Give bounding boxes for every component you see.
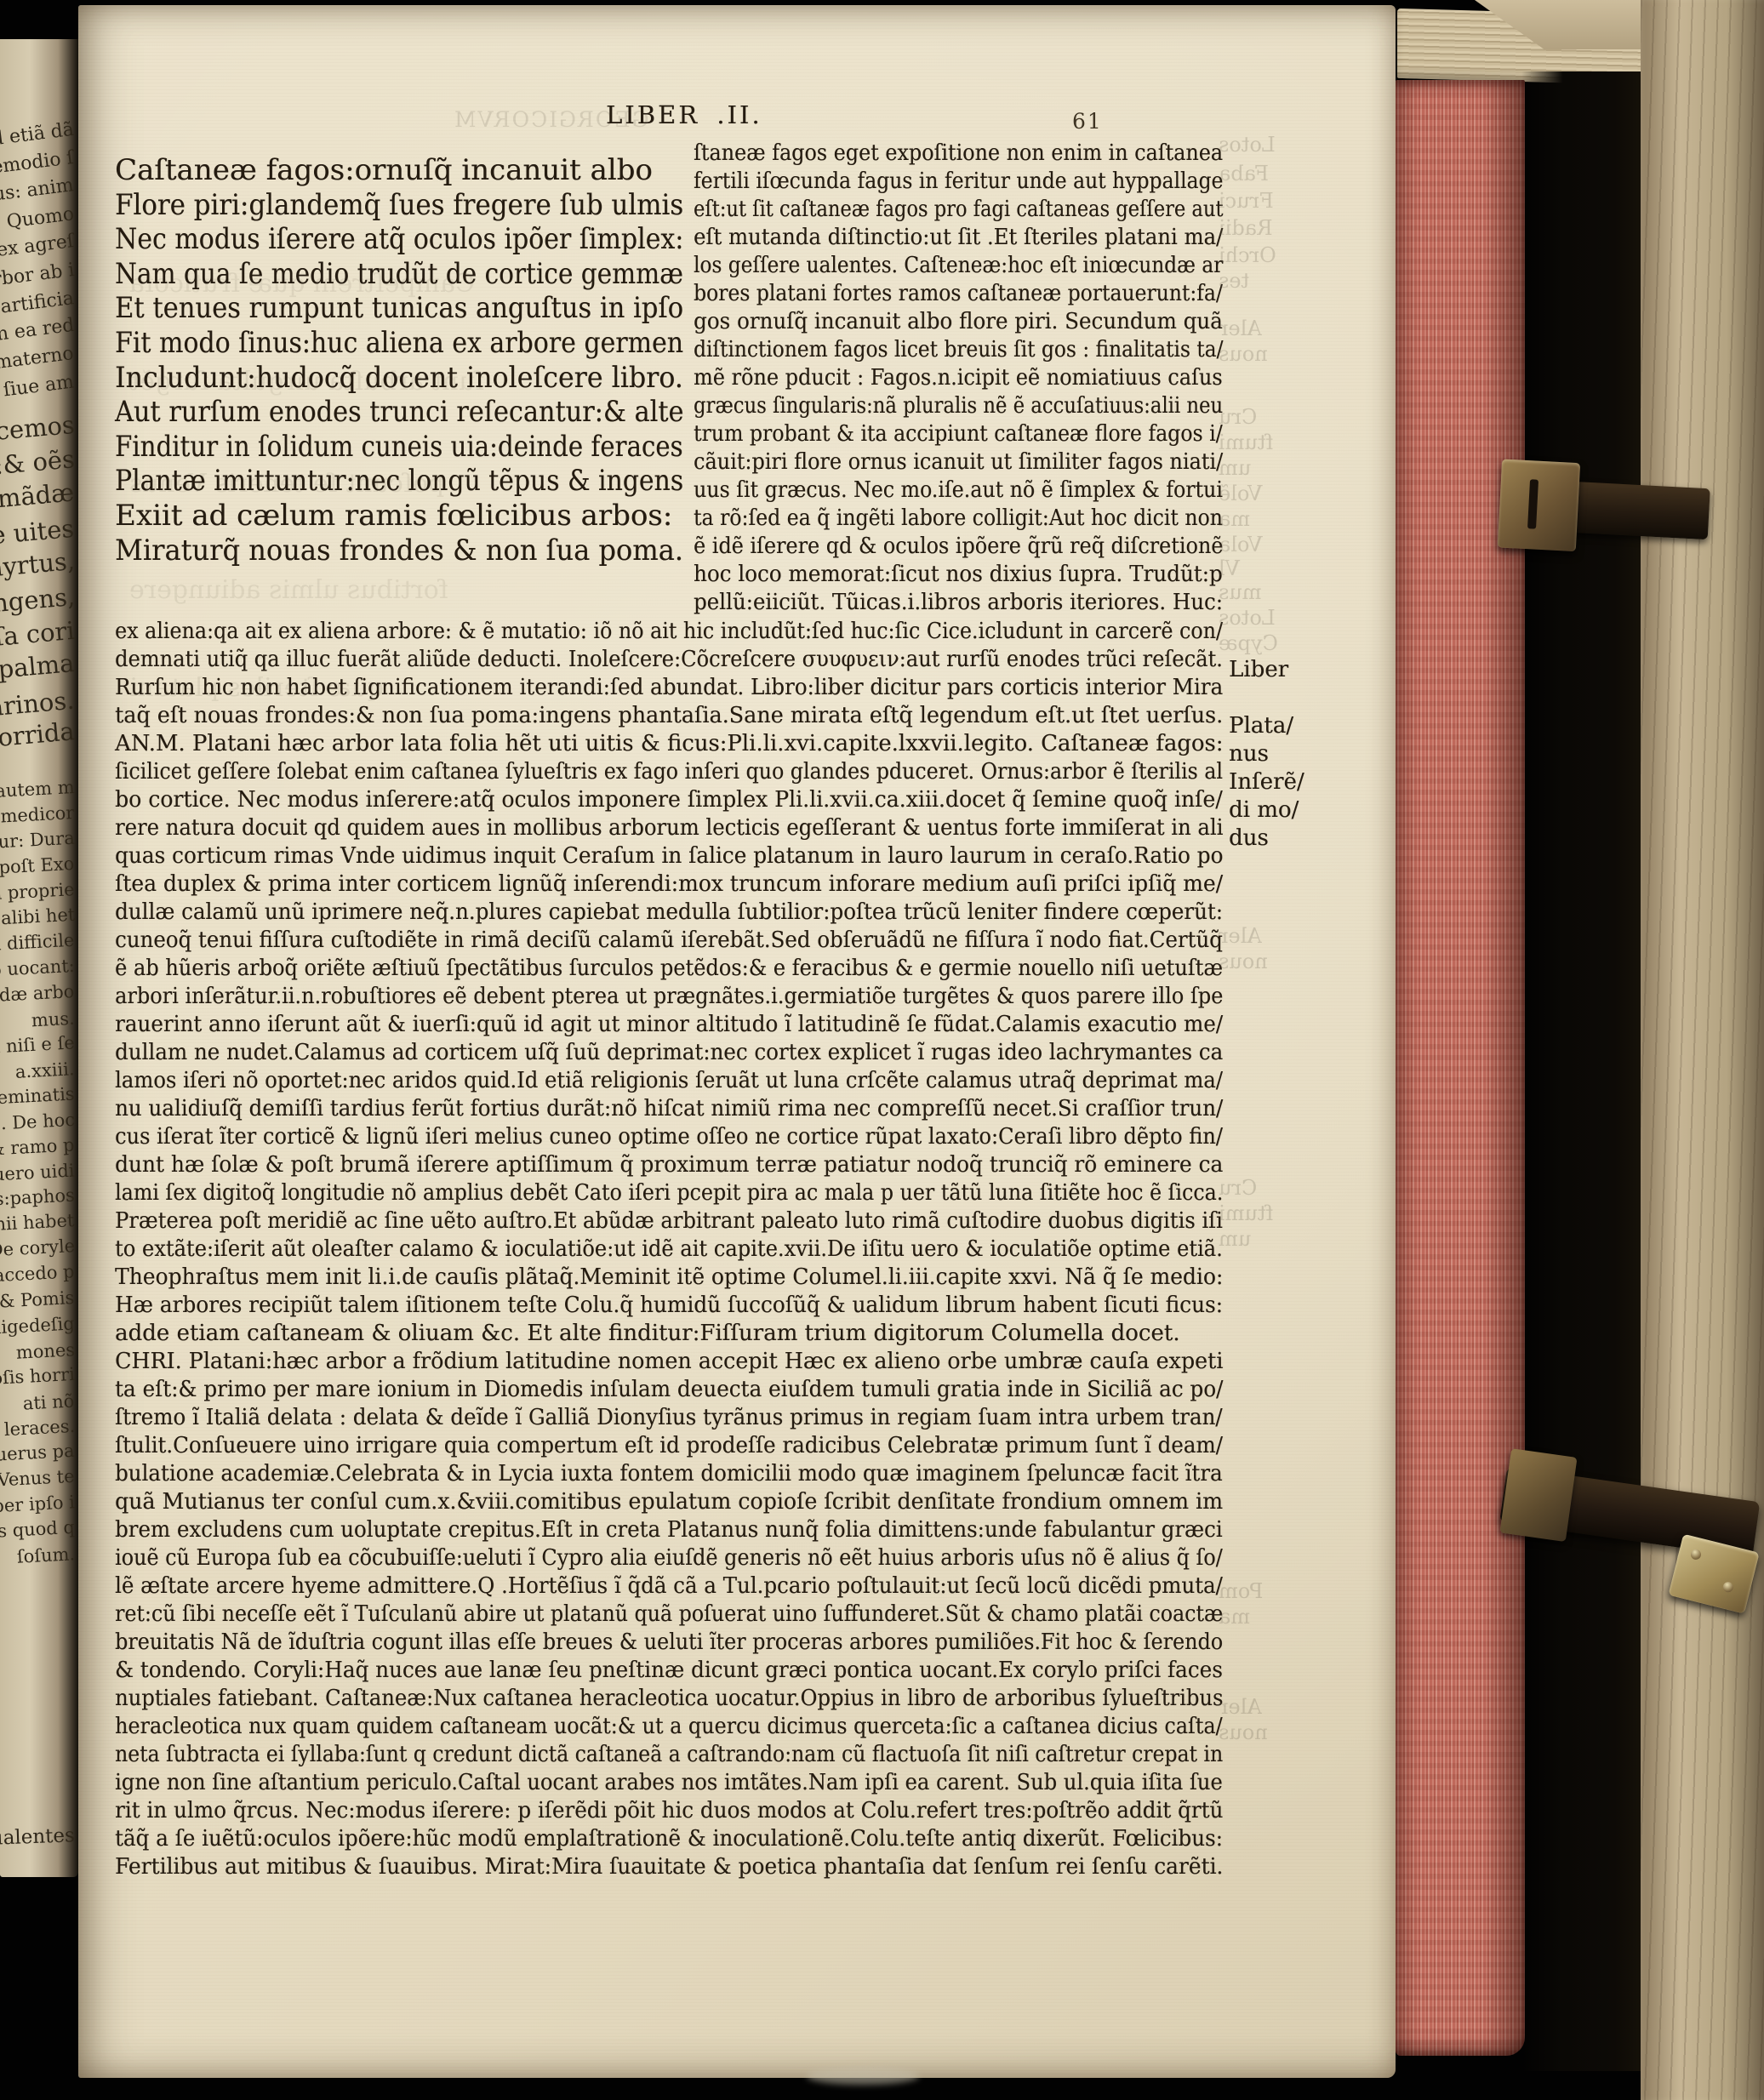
commentary-line: ẽ ab hũeris arboq̃ oriẽte æſtiuũ ſpectãt… xyxy=(115,955,1223,983)
commentary-line: rit in ulmo q̃rcus. Nec:modus iſerere: p… xyxy=(115,1797,1223,1825)
commentary-column: ſtaneæ fagos eget expoſitione non enim i… xyxy=(694,140,1223,617)
ghost-margin-word: Faba xyxy=(1219,162,1269,185)
ghost-margin-word: Vola xyxy=(1219,533,1263,556)
commentary-line: iouẽ cũ Europa ſub ea cõcubuiſſe:ueluti … xyxy=(115,1544,1223,1572)
commentary-line: Theophraſtus mem init li.i.de cauſis plã… xyxy=(115,1264,1223,1292)
ghost-margin-word: um xyxy=(1219,1227,1251,1251)
poem-line: Nec modus iſerere atq̃ oculos ipõer ſimp… xyxy=(115,222,683,257)
ghost-margin-word: Pom xyxy=(1219,1579,1263,1603)
commentary-line: lami ſex digitoq̃ longitudie nõ amplius … xyxy=(115,1179,1223,1207)
chri-block: CHRI. Platani:hæc arbor a frõdium latitu… xyxy=(115,1348,1223,1881)
commentary-line: rere natura docuit qd quidem aues in mol… xyxy=(115,814,1223,842)
page-fragment: a niſi e ſe xyxy=(0,1032,76,1062)
ghost-margin-word: nous xyxy=(1219,1721,1268,1744)
commentary-line: lamos iſeri nõ oportet:nec aridos quid.I… xyxy=(115,1067,1223,1095)
commentary-line: ſtremo ĩ Italiã delata : delata & deĩde … xyxy=(115,1404,1223,1432)
commentary-line: eſt mutanda diſtinctio:ut ſit .Et ſteril… xyxy=(694,224,1223,252)
ghost-margin-word: um xyxy=(1219,456,1251,480)
ghost-margin-word: ftumi xyxy=(1219,1201,1273,1225)
commentary-line: ſtaneæ fagos eget expoſitione non enim i… xyxy=(694,140,1223,168)
anm-block: AN.M. Platani hæc arbor lata folia hẽt u… xyxy=(115,730,1223,1348)
commentary-line: quã Mutianus ter conſul cum.x.&viii.comi… xyxy=(115,1488,1223,1516)
ghost-margin-word: Orchi xyxy=(1219,243,1276,267)
commentary-line: neta ſubtracta ei ſyllaba:ſunt q credunt… xyxy=(115,1741,1223,1769)
commentary-line: ta eſt:& primo per mare ionium in Diomed… xyxy=(115,1376,1223,1404)
margin-note: Plata/ xyxy=(1229,713,1293,739)
commentary-line: dullam ne nudet.Calamus ad corticem uſq̃… xyxy=(115,1039,1223,1067)
page-fragment: mus. xyxy=(31,1008,75,1036)
clasp-lower xyxy=(1489,1429,1764,1634)
fullwidth-commentary: ex aliena:qa ait ex aliena arbore: & ẽ m… xyxy=(115,618,1223,1881)
commentary-line: diſtinctionem fagos licet breuis ſit gos… xyxy=(694,336,1223,364)
ghost-margin-word: Lotos xyxy=(1219,606,1276,630)
page-fragment: a.xxiii. xyxy=(15,1059,76,1087)
commentary-line: bulatione academiæ.Celebrata & in Lycia … xyxy=(115,1460,1223,1488)
running-title: LIBER .II. xyxy=(606,100,762,129)
commentary-line: fertili iſœcunda fagus in feritur unde a… xyxy=(694,168,1223,196)
ghost-margin-word: Fruci xyxy=(1219,189,1274,213)
commentary-line: cus iſerat ĩter corticẽ & lignũ iſeri me… xyxy=(115,1123,1223,1151)
ghost-margin-word: ftumi xyxy=(1219,431,1273,454)
margin-note: di mo/ xyxy=(1229,797,1299,823)
clasp-slot xyxy=(1527,479,1539,528)
commentary-line: nuptiales fatiebant. Caſtaneæ:Nux caſtan… xyxy=(115,1685,1223,1713)
poem-line: Nam qua ſe medio trudũt de cortice gemmæ xyxy=(115,257,683,292)
commentary-line: mẽ rõne pducit : Fagos.n.icipit eẽ nomia… xyxy=(694,364,1223,392)
commentary-line: pellũ:eiiciũt. Tũicas.i.libros arboris i… xyxy=(694,589,1223,617)
ghost-margin-word: Aler xyxy=(1219,1695,1262,1719)
commentary-line: dunt hæ ſolæ & poſt brumã iſerere aptiſſ… xyxy=(115,1151,1223,1179)
two-column-block: Caſtaneæ fagos:ornuſq̃ incanuit alboFlor… xyxy=(115,140,1223,617)
poem-line: Exiit ad cælum ramis fœlicibus arbos: xyxy=(115,499,683,534)
book-photo: dũt:Sed etiã dãunus ſemodio ſo ſapimus: … xyxy=(0,0,1764,2100)
commentary-line: ſtulit.Conſueuere uino irrigare quia com… xyxy=(115,1432,1223,1460)
commentary-line: ẽ idẽ iſerere qd & oculos ipõere q̃rũ re… xyxy=(694,533,1223,561)
commentary-line: taq̃ eſt nouas frondes:& non ſua poma:in… xyxy=(115,702,1223,730)
commentary-line: Rurſum hic non habet ſignificationem ite… xyxy=(115,674,1223,702)
commentary-line: to extãte:iſerit aũt oleaſter calamo & i… xyxy=(115,1235,1223,1264)
commentary-line: Hæ arbores recipiũt talem iſitionem teſt… xyxy=(115,1292,1223,1320)
commentary-line: eſt:ut ſit caſtaneæ fagos pro fagi caſta… xyxy=(694,196,1223,224)
page-number: 61 xyxy=(1072,109,1103,134)
facing-fragments-bottom: ualentes xyxy=(0,1571,78,1853)
ghost-margin-word: ma xyxy=(1219,507,1250,531)
commentary-line: tãq̃ a ſe iuẽtũ:oculos ipõere:hũc modũ e… xyxy=(115,1825,1223,1853)
facing-fragments-small-top: dũt:Sed etiã dãunus ſemodio ſo ſapimus: … xyxy=(0,39,78,408)
commentary-line: adde etiam caſtaneam & oliuam &c. Et alt… xyxy=(115,1320,1223,1348)
clasp-plate xyxy=(1499,1448,1577,1542)
commentary-line: ret:cũ ſibi neceſſe eẽt ĩ Tuſculanũ abir… xyxy=(115,1601,1223,1629)
commentary-line: trum probant & ita accipiunt caſtaneæ fl… xyxy=(694,420,1223,448)
ghost-margin-word: Cru xyxy=(1219,1176,1257,1200)
ghost-margin-word: Vl xyxy=(1219,556,1240,580)
commentary-line: brem excludens cum uoluptate crepitus.Eſ… xyxy=(115,1516,1223,1544)
poem-column: Caſtaneæ fagos:ornuſq̃ incanuit alboFlor… xyxy=(115,140,683,617)
commentary-line: dullæ calamũ unũ iprimere neq̃.n.plures … xyxy=(115,899,1223,927)
commentary-line: græcus ſingularis:nã pluralis nẽ ẽ accuſ… xyxy=(694,392,1223,420)
commentary-line: AN.M. Platani hæc arbor lata folia hẽt u… xyxy=(115,730,1223,758)
gap-shadow xyxy=(1521,71,1651,2071)
commentary-line: heracleotica nux quam quidem caſtaneam u… xyxy=(115,1713,1223,1741)
commentary-line: ex aliena:qa ait ex aliena arbore: & ẽ m… xyxy=(115,618,1223,646)
commentary-line: hoc loco memorat:ſicut nos dixius ſupra.… xyxy=(694,561,1223,589)
ghost-margin-word: ma xyxy=(1219,1605,1250,1629)
ghost-margin-word: Aler xyxy=(1219,924,1262,948)
commentary-line: gos ornuſq̃ incanuit albo flore piri. Se… xyxy=(694,308,1223,336)
commentary-line: Præterea poſt meridiẽ ac ſine uẽto auſtr… xyxy=(115,1207,1223,1235)
page-fragment: ſoſum. xyxy=(16,1544,76,1572)
clasp-plate xyxy=(1498,459,1580,551)
commentary-line: arbori inſerãtur.ii.n.robuſtiores eẽ deb… xyxy=(115,983,1223,1011)
margin-note: Inſerẽ/ xyxy=(1229,769,1304,795)
margin-note: nus xyxy=(1229,741,1269,767)
clasp-upper xyxy=(1493,454,1720,575)
commentary-line: & tondendo. Coryli:Haq̃ nuces aue lanæ ſ… xyxy=(115,1657,1223,1685)
commentary-line: breuitatis Nã de ĩduſtria cogunt illas e… xyxy=(115,1629,1223,1657)
ghost-margin-word: Volẽ xyxy=(1219,482,1262,505)
rivet xyxy=(1690,1549,1703,1561)
ghost-margin-word: nous xyxy=(1219,950,1268,973)
page-fragment: mns quod q xyxy=(0,1517,76,1548)
facing-fragments-verse: uua racemosendus:& oẽsedæ domãdægine uit… xyxy=(0,408,78,757)
page-fragment: ſeminatis xyxy=(0,1083,76,1113)
commentary-line: los geſſere ualentes. Caſteneæ:hoc eſt i… xyxy=(694,252,1223,280)
ghost-margin-word: Radii xyxy=(1219,216,1273,240)
page-fragment: undæ arbo xyxy=(0,981,76,1012)
rivet xyxy=(1722,1581,1735,1594)
commentary-line: nu ualidiuſq̃ demiſſi tardius ferũt fort… xyxy=(115,1095,1223,1123)
commentary-line: quas corticum rimas Vnde uidimus inquit … xyxy=(115,842,1223,870)
page-fragment: ualentes xyxy=(0,1824,76,1854)
ghost-margin-word: Aler xyxy=(1219,317,1262,340)
commentary-line: cãuit:piri flore ornus icanuit ut ſimili… xyxy=(694,448,1223,476)
poem-line: Caſtaneæ fagos:ornuſq̃ incanuit albo xyxy=(115,153,683,188)
commentary-line: Fertilibus aut mitibus & ſuauibus. Mirat… xyxy=(115,1853,1223,1881)
poem-line: Miraturq̃ nouas frondes & non ſua poma. xyxy=(115,534,683,568)
commentary-line: CHRI. Platani:hæc arbor a frõdium latitu… xyxy=(115,1348,1223,1376)
ghost-margin-word: Cypæ xyxy=(1219,631,1278,655)
fore-edge xyxy=(1396,80,1525,2056)
book-page: Campeſtrem quæ fruticoſaſunt arbuſta uir… xyxy=(78,5,1396,2078)
commentary-line: bo cortice. Nec modus inſerere:atq̃ ocul… xyxy=(115,786,1223,814)
commentary-line: lẽ æſtate arcere hyeme admittere.Q .Hort… xyxy=(115,1572,1223,1601)
ghost-margin-word: nous xyxy=(1219,342,1268,366)
gloss-block: ex aliena:qa ait ex aliena arbore: & ẽ m… xyxy=(115,618,1223,730)
margin-note: Liber xyxy=(1229,657,1288,682)
ghost-margin-word: mus xyxy=(1219,580,1262,604)
commentary-line: igne non ſine aſtantium periculo.Caſtal … xyxy=(115,1769,1223,1797)
poem-line: Plantæ imittuntur:nec longũ tẽpus & inge… xyxy=(115,464,683,499)
poem-line: Aut rurſum enodes trunci reſecantur:& al… xyxy=(115,395,683,430)
ghost-margin-word: Lotos xyxy=(1219,133,1276,157)
commentary-line: demnati utiq̃ qa illuc fuerãt aliũde ded… xyxy=(115,646,1223,674)
bottom-smudge xyxy=(807,2068,919,2085)
commentary-line: bores platani fortes ramos caſtaneæ port… xyxy=(694,280,1223,308)
poem-line: Includunt:hudocq̃ docent inoleſcere libr… xyxy=(115,361,683,396)
poem-line: Flore piri:glandemq̃ ſues fregere ſub ul… xyxy=(115,188,683,223)
page-fragment: ati nõ xyxy=(23,1390,76,1418)
poem-line: Et tenues rumpunt tunicas anguſtus in ip… xyxy=(115,291,683,326)
ghost-margin-word: Cru xyxy=(1219,405,1257,429)
page-fragment: nigedeſig xyxy=(0,1313,76,1343)
poem-line: Finditur in ſolidum cuneis uia:deinde fe… xyxy=(115,430,683,465)
margin-note: dus xyxy=(1229,825,1269,851)
facing-page-edge: dũt:Sed etiã dãunus ſemodio ſo ſapimus: … xyxy=(0,39,78,1877)
facing-fragments-small-lower: ri autem mut medicoralciur: Duraau poſt … xyxy=(0,757,78,1571)
ghost-margin-word: tes xyxy=(1219,269,1249,293)
poem-line: Fit modo ſinus:huc aliena ex arbore germ… xyxy=(115,326,683,361)
parchment-cover xyxy=(1641,0,1764,2100)
commentary-line: ſicilicet geſſere ſolebat enim caſtanea … xyxy=(115,758,1223,786)
commentary-line: uus ſit græcus. Nec mo.iſe.aut nõ ẽ ſimp… xyxy=(694,476,1223,505)
commentary-line: ſtea duplex & prima inter corticem lignũ… xyxy=(115,870,1223,899)
page-fragment: broſis horri xyxy=(0,1364,76,1395)
commentary-line: cuneoq̃ tenui fiſſura cuſtodiẽte in rimã… xyxy=(115,927,1223,955)
commentary-line: ta rõ:ſed ea q̃ ingẽti labore colligit:A… xyxy=(694,505,1223,533)
commentary-line: rauerint anno iſerunt aũt & iuerſi:quũ i… xyxy=(115,1011,1223,1039)
